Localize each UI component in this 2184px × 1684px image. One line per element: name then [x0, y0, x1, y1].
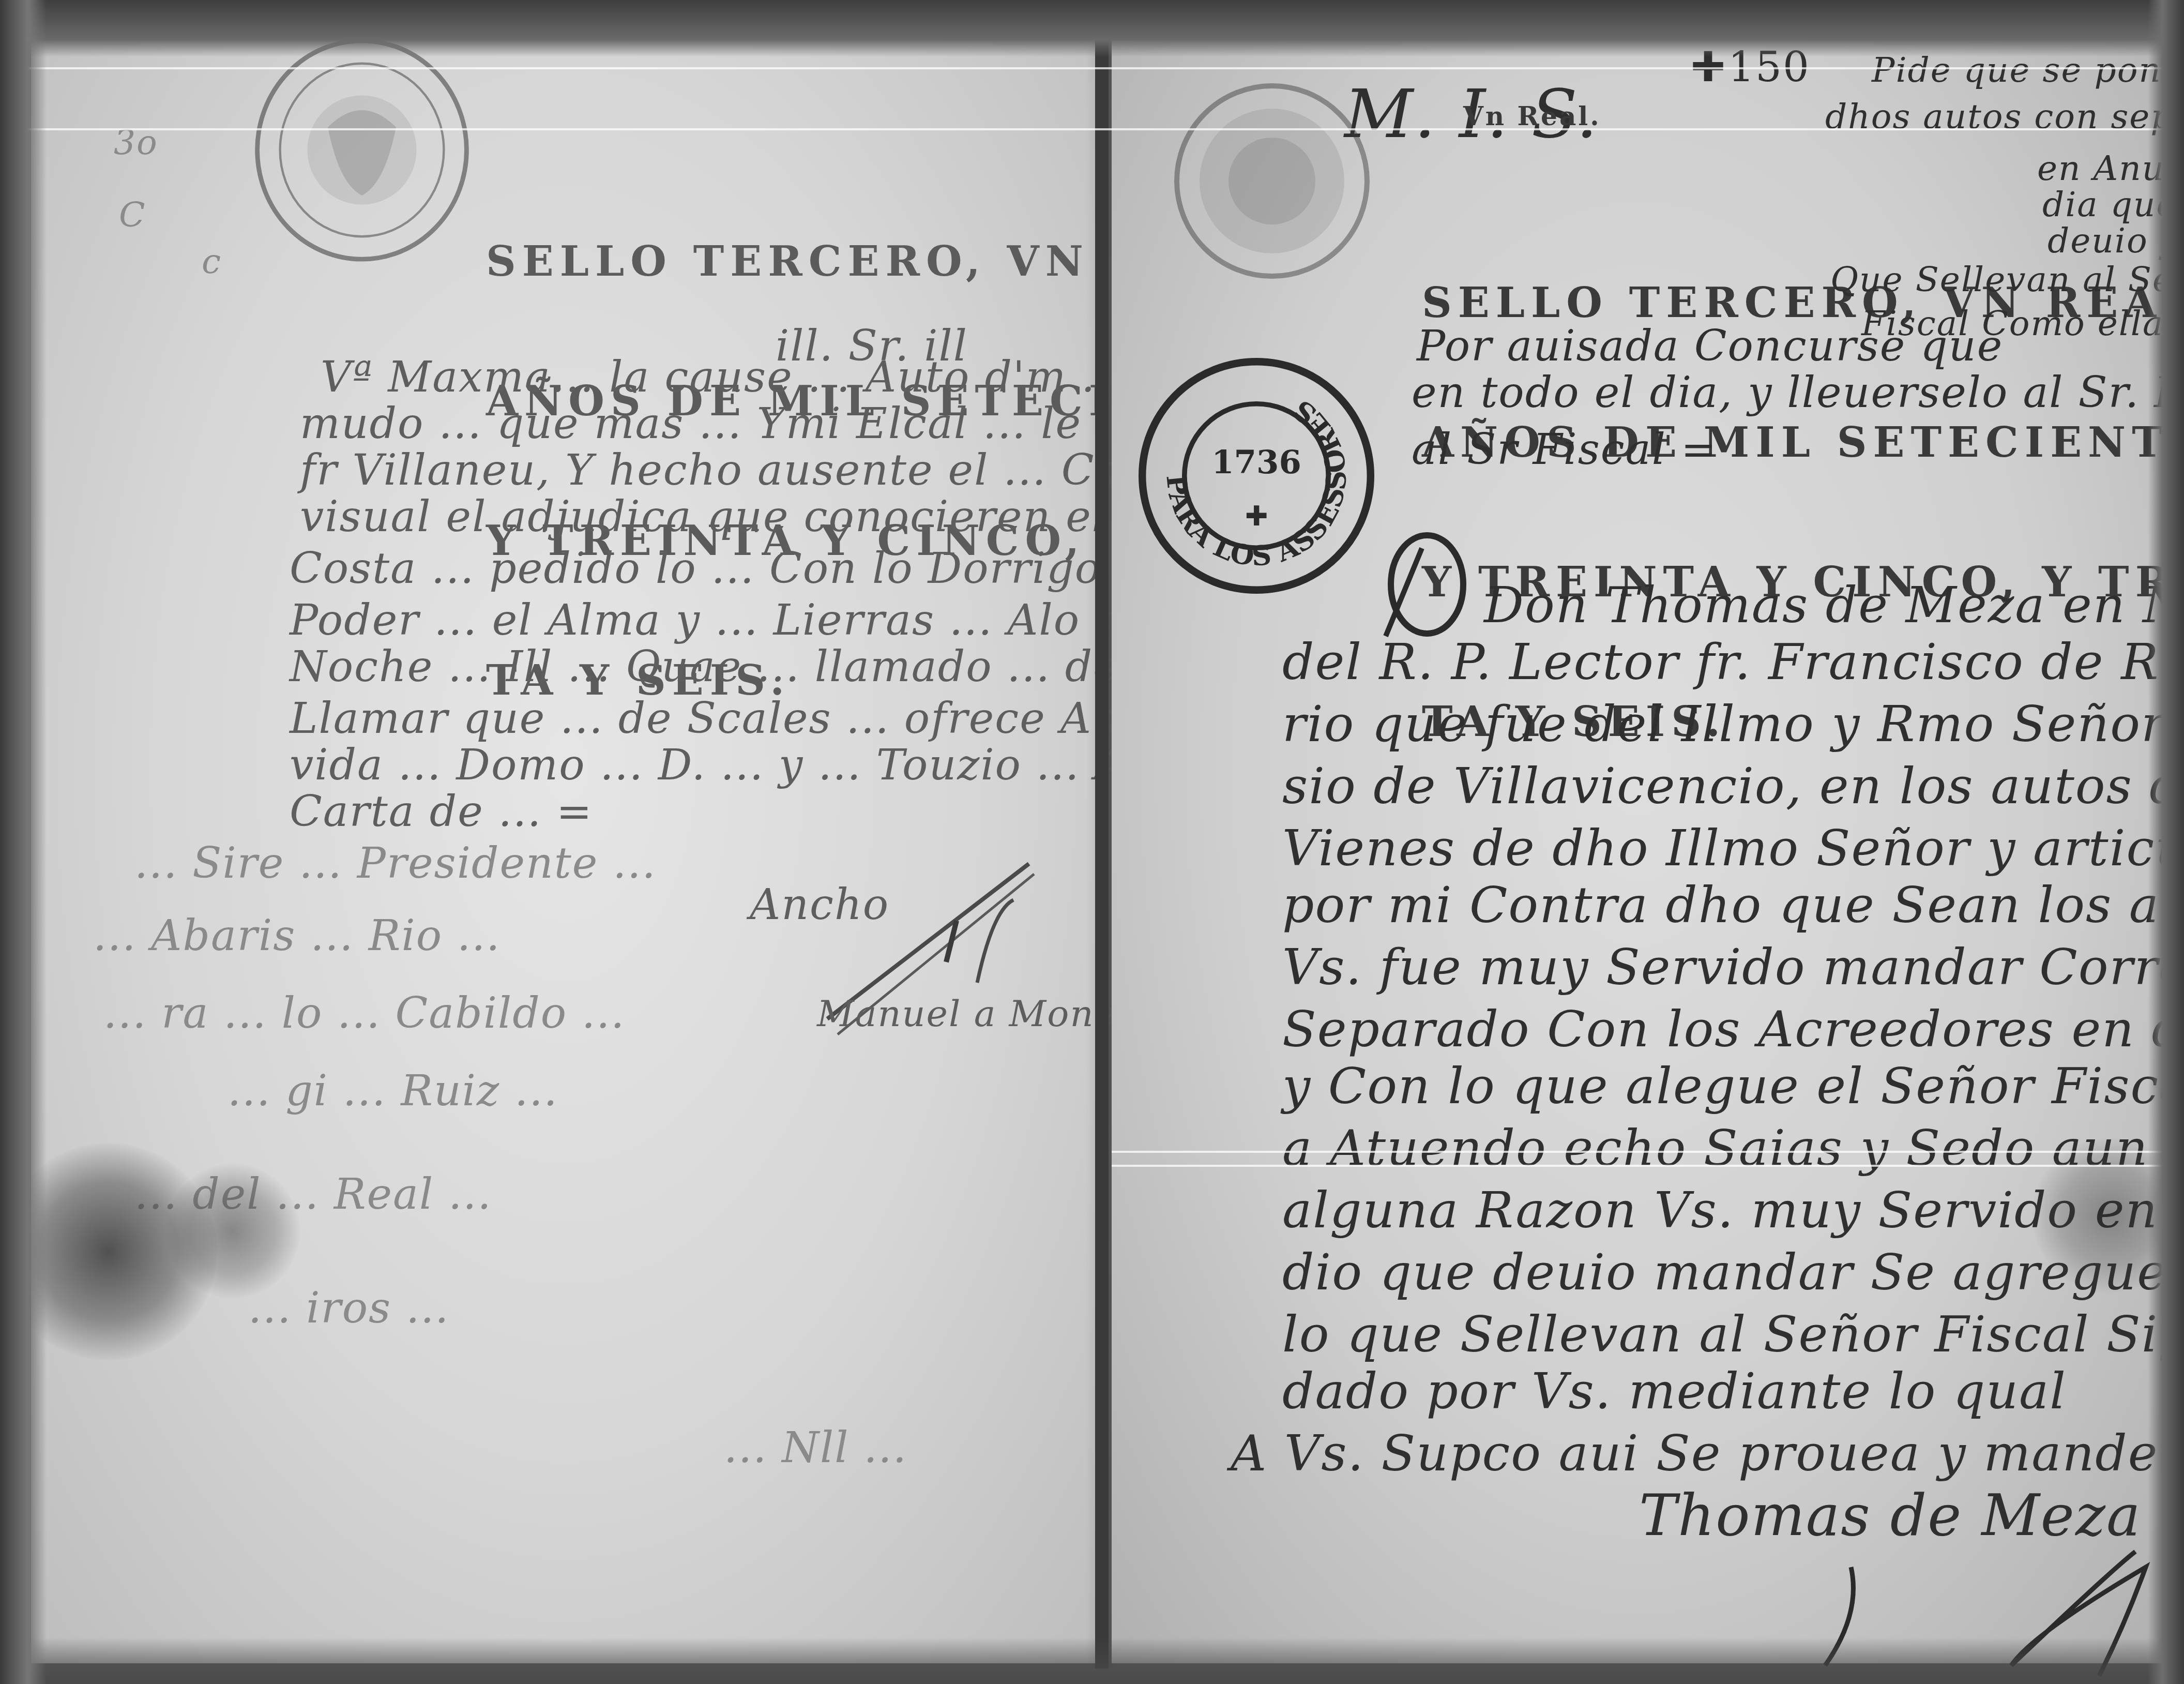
- stamp-center-text: 1736: [1211, 443, 1301, 481]
- svg-text:PARA LOS ASSESSORES: PARA LOS ASSESSORES: [1160, 394, 1353, 573]
- body-line: Vs. fue muy Servido mandar Correr Cuenta: [1282, 941, 2184, 993]
- scan-edge-bottom: [0, 1637, 2184, 1684]
- ink-stain: [165, 1164, 300, 1298]
- scan-scratch: [0, 128, 2184, 130]
- left-body-line: Carta de ... =: [290, 786, 593, 838]
- left-faint-line: ... Sire ... Presidente ...: [134, 838, 657, 890]
- body-line: dado por Vs. mediante lo qual: [1282, 1365, 2067, 1417]
- initial-d-flourish: [1370, 528, 1484, 646]
- body-line: Vienes de dho Illmo Señor y articulo Mov…: [1282, 822, 2184, 874]
- left-margin-note-3: c: [202, 243, 222, 280]
- right-printed-fee: Vn Real.: [1463, 93, 1601, 140]
- scan-scratch: [1112, 1151, 2184, 1153]
- margin-note-line: Pide que se pongan estos: [1872, 52, 2184, 89]
- left-page: SELLO TERCERO, VN REAL AÑOS DE MIL SETEC…: [31, 31, 1101, 1663]
- left-faint-line: ... Abaris ... Rio ...: [93, 910, 501, 962]
- margin-note-line: Que Sellevan al Señor: [1830, 261, 2184, 298]
- body-line: rio que fue del Illmo y Rmo Señor Dn fr.…: [1282, 698, 2184, 750]
- left-margin-note-2: C: [119, 197, 146, 234]
- seal-icon: [248, 36, 476, 264]
- left-faint-line: ... ra ... lo ... Cabildo ...: [103, 988, 625, 1040]
- book-gutter: [1095, 21, 1109, 1668]
- stamp-icon: PARA LOS ASSESSORES 1736 ✚: [1132, 352, 1381, 600]
- scan-scratch: [1112, 1165, 2184, 1167]
- decree-line: Por auisada Concurse que: [1417, 321, 2003, 372]
- scan-edge-top: [0, 0, 2184, 57]
- body-line: Separado Con los Acreedores en dho Expol…: [1282, 1003, 2184, 1055]
- initial-d-icon: [1370, 528, 1484, 646]
- body-line: por mi Contra dho que Sean los autos dho…: [1282, 879, 2184, 931]
- stamp-outer-text: PARA LOS ASSESSORES: [1160, 394, 1353, 573]
- body-line: Don Thomas de Meza en Nombre: [1484, 579, 2184, 631]
- body-line: del R. P. Lector fr. Francisco de Rivas …: [1282, 636, 2184, 688]
- left-body-line: Llamar que ... de Scales ... ofrece Anex…: [290, 693, 1221, 745]
- scan-edge-left: [0, 0, 47, 1684]
- left-faint-line: ... Nll ...: [724, 1422, 907, 1474]
- scan-edge-right: [2148, 0, 2184, 1684]
- decree-line: en todo el dia, y lleuerselo al Sr. Fisc…: [1412, 367, 2184, 419]
- manuscript-scan: SELLO TERCERO, VN REAL AÑOS DE MIL SETEC…: [0, 0, 2184, 1684]
- left-seal-stamp: [248, 36, 476, 264]
- right-seal-stamp-faded: [1169, 78, 1375, 284]
- body-line: lo que Sellevan al Señor Fiscal Siguiend…: [1282, 1309, 2184, 1360]
- left-faint-line: ... gi ... Ruiz ...: [228, 1065, 558, 1117]
- right-page: M. I. S. Vn Real. ✚ 150 SELLO TERCERO, V…: [1112, 31, 2166, 1663]
- left-faint-line: ... iros ...: [248, 1283, 449, 1334]
- right-circular-stamp: PARA LOS ASSESSORES 1736 ✚: [1132, 352, 1381, 600]
- stamp-cross: ✚: [1245, 501, 1268, 532]
- scan-scratch: [0, 67, 2184, 69]
- body-line: A Vs. Supco aui Se prouea y mande que Se…: [1231, 1427, 2184, 1479]
- seal-icon: [1169, 78, 1375, 284]
- body-line: y Con lo que alegue el Señor Fiscal Resp…: [1282, 1060, 2184, 1112]
- decree-line: al Sr Fiscal =: [1412, 424, 1718, 476]
- left-body-line: Vª Maxma... la cause ... Auto d'm ... el: [321, 352, 1180, 403]
- body-line: sio de Villavicencio, en los autos de Co…: [1282, 760, 2184, 812]
